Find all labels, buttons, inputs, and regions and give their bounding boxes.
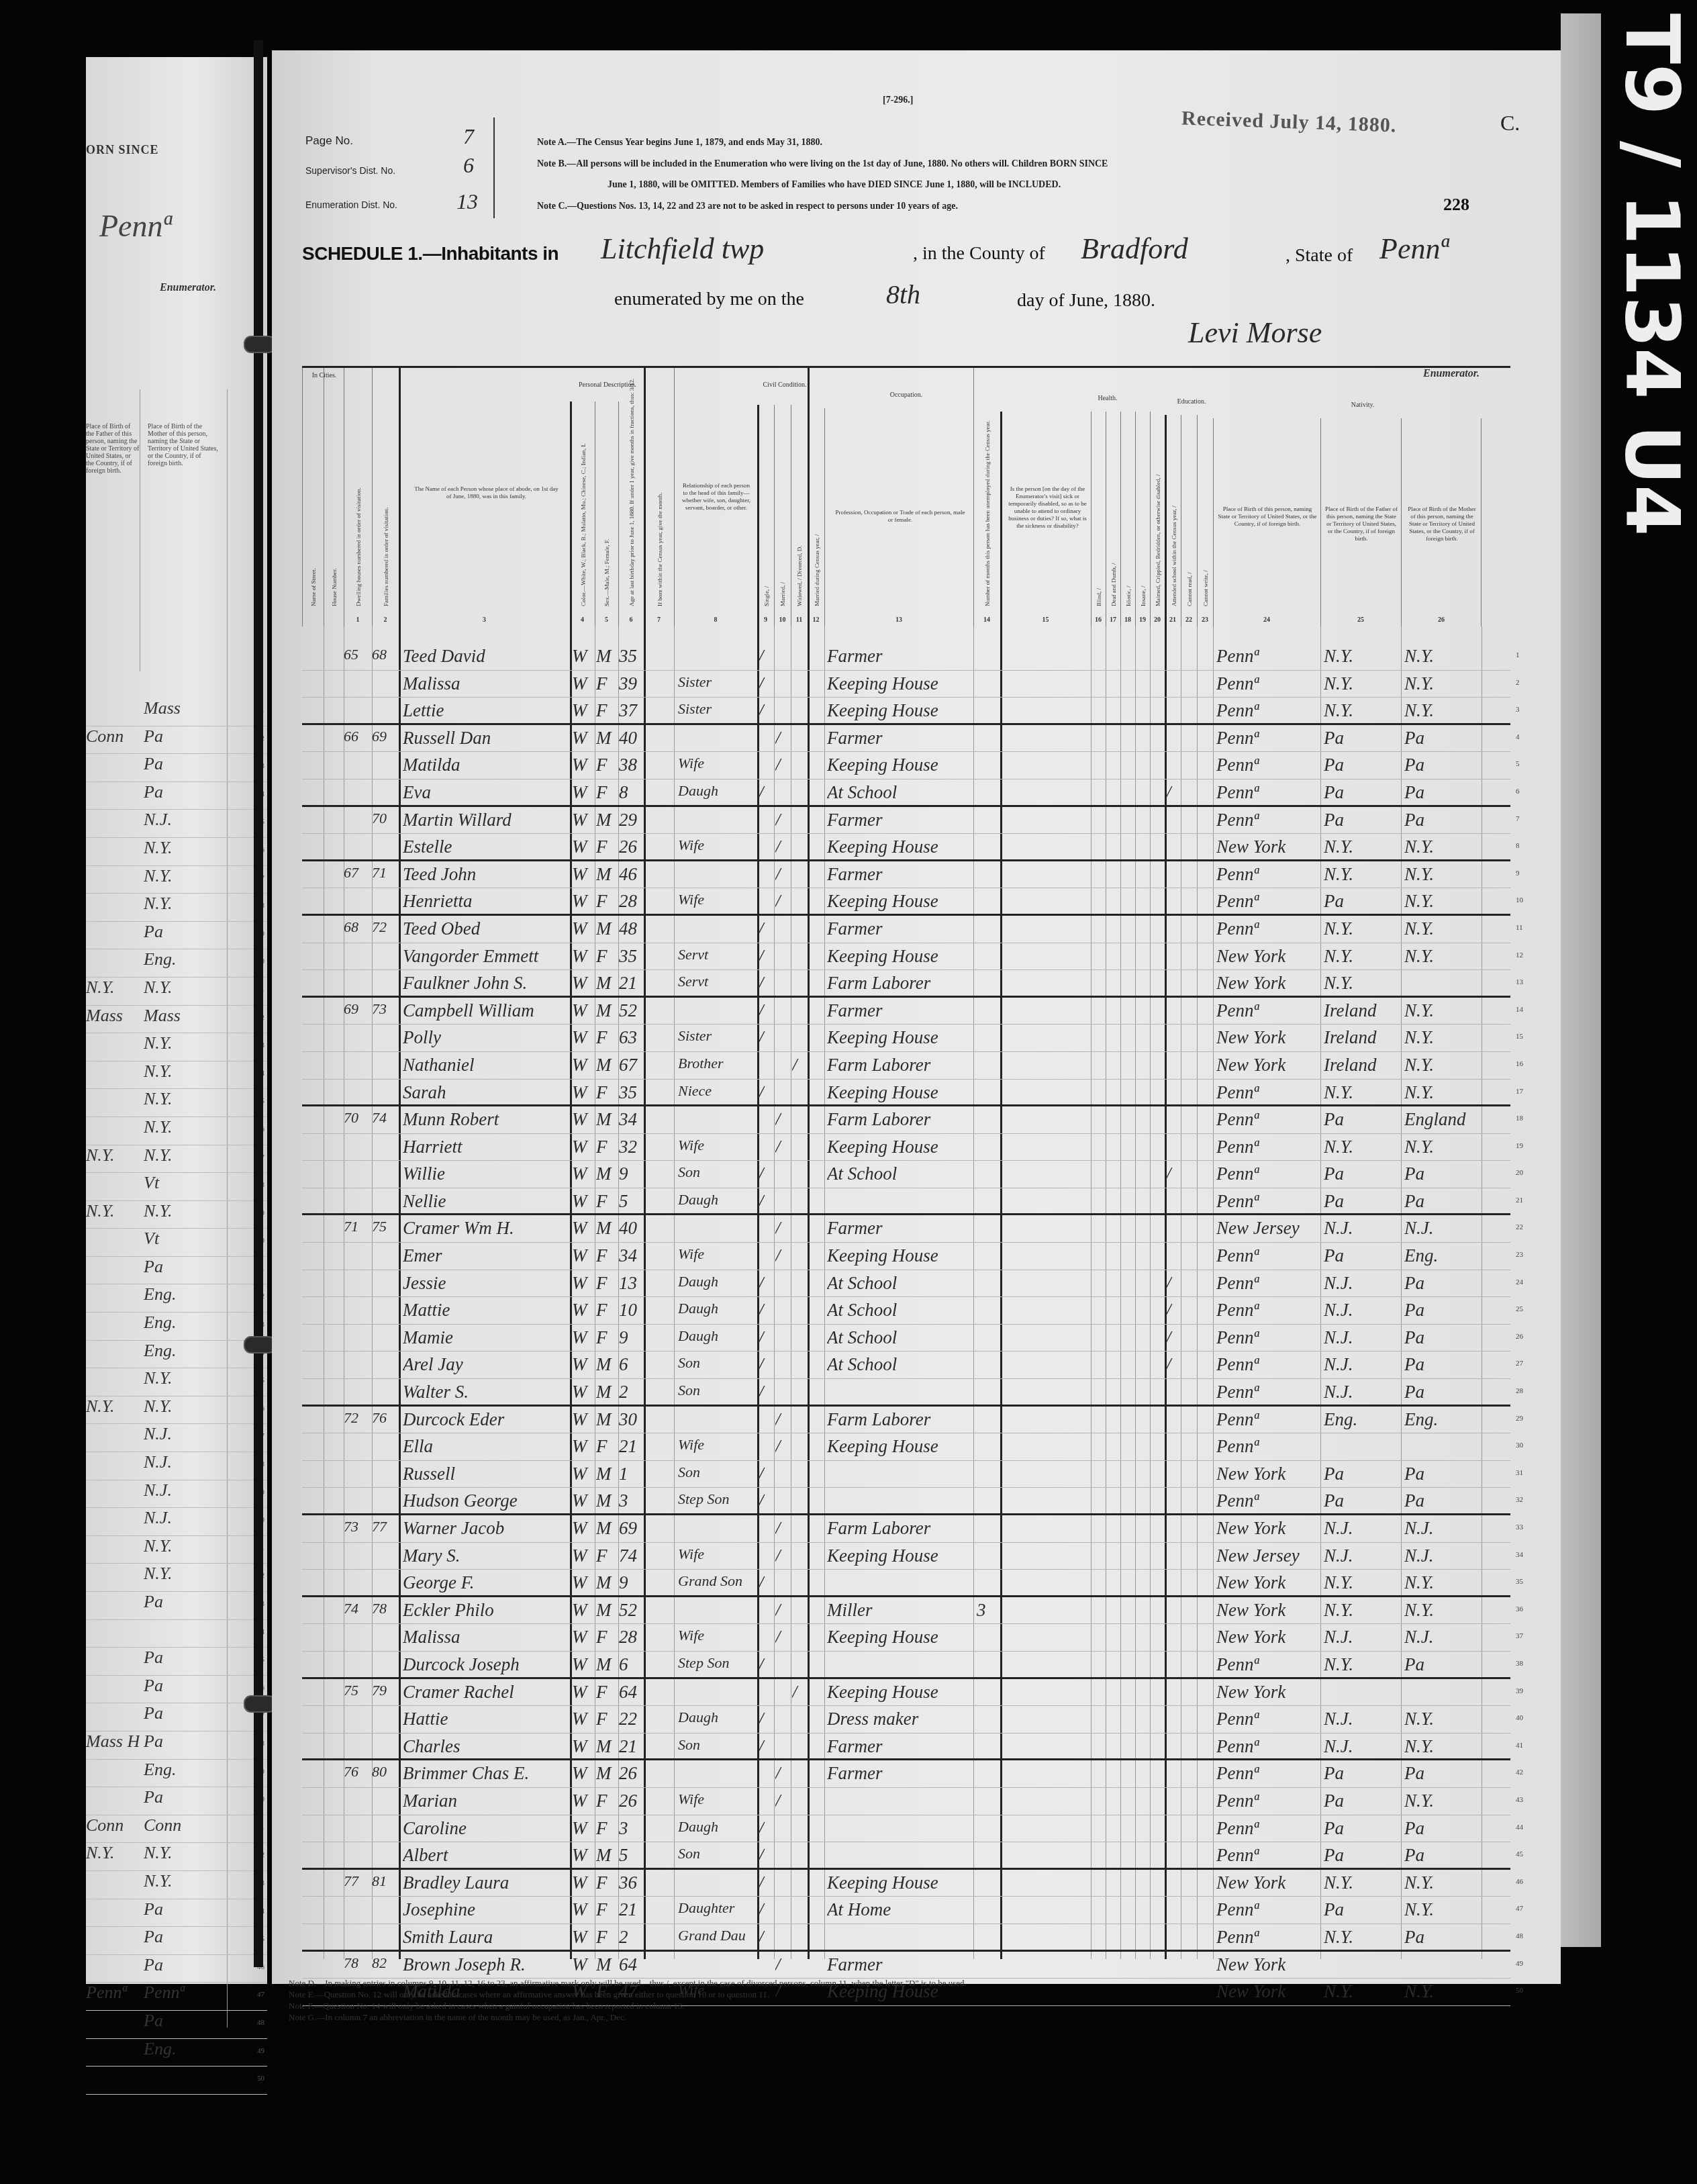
note-b-cont: June 1, 1880, will be OMITTED. Members o…	[608, 180, 1061, 191]
line-number: 25	[1516, 1305, 1523, 1313]
header-text: Dwelling houses numbered in order of vis…	[355, 487, 362, 606]
attended-school-cell: /	[1166, 1273, 1181, 1294]
person-name: Smith Laura	[403, 1927, 571, 1948]
occupation-cell: Keeping House	[827, 1082, 973, 1103]
birthplace-cell: Pennª	[1216, 1899, 1320, 1920]
mother-birthplace-cell: Pa	[1404, 1845, 1482, 1866]
table-row: WillieWM9SonAt School/PennªPaPa/20	[302, 1161, 1510, 1188]
left-mother-birthplace: Mass	[140, 698, 231, 726]
header-text: Attended school within the Census year, …	[1171, 506, 1177, 606]
meta-divider	[493, 117, 495, 218]
civil-condition-mark: /	[775, 1245, 790, 1266]
left-mother-birthplace: N.Y.	[140, 1201, 231, 1229]
occupation-cell: Farmer	[827, 1954, 973, 1975]
dwelling-number: 72	[344, 1409, 372, 1427]
left-page-row: Pa33	[86, 1592, 267, 1620]
age-cell: 26	[619, 1763, 644, 1784]
relationship-cell: Wife	[678, 1627, 757, 1644]
line-number: 18	[1516, 1114, 1523, 1123]
left-mother-birthplace: N.Y.	[140, 1033, 231, 1061]
column-number: 13	[824, 616, 973, 624]
person-name: Walter S.	[403, 1382, 571, 1403]
sex-cell: M	[596, 646, 618, 667]
relationship-cell: Sister	[678, 1027, 757, 1045]
left-page-row: Pa3	[86, 754, 267, 782]
enumeration-label: Enumeration Dist. No.	[305, 199, 397, 210]
column-number: 6	[618, 616, 644, 624]
left-mother-birthplace: Pa	[140, 726, 231, 754]
person-name: Albert	[403, 1845, 571, 1866]
line-number: 44	[1516, 1823, 1523, 1832]
left-mother-birthplace	[140, 1620, 231, 1648]
mother-birthplace-cell: N.J.	[1404, 1518, 1482, 1539]
father-birthplace-cell: N.Y.	[1324, 700, 1401, 721]
age-cell: 30	[619, 1409, 644, 1430]
header-text: Families numbered in order of visitation…	[383, 508, 389, 606]
mother-birthplace-cell: N.Y.	[1404, 1572, 1482, 1593]
line-number: 48	[1516, 1932, 1523, 1940]
left-mother-birthplace: N.Y.	[140, 866, 231, 894]
family-number: 78	[372, 1600, 399, 1617]
civil-condition-mark: /	[759, 918, 773, 939]
left-father-birthplace	[86, 2039, 140, 2067]
father-birthplace-cell: Pa	[1324, 1191, 1401, 1212]
color-cell: W	[572, 1245, 595, 1266]
civil-condition-mark: /	[759, 1464, 773, 1484]
age-cell: 35	[619, 946, 644, 967]
civil-condition-mark: /	[759, 1709, 773, 1729]
left-mother-birthplace: N.Y.	[140, 1368, 231, 1396]
left-mother-birthplace: N.J.	[140, 1480, 231, 1508]
father-birthplace-cell: Pa	[1324, 782, 1401, 803]
civil-condition-mark: /	[775, 1109, 790, 1130]
civil-condition-mark: /	[775, 1791, 790, 1811]
occupation-cell: Farmer	[827, 1763, 973, 1784]
left-father-birthplace	[86, 1033, 140, 1061]
mother-birthplace-cell: N.Y.	[1404, 1000, 1482, 1021]
relationship-cell: Step Son	[678, 1490, 757, 1508]
left-page-row: N.J.27	[86, 1424, 267, 1452]
sex-cell: F	[596, 673, 618, 694]
father-birthplace-cell: Pa	[1324, 1464, 1401, 1484]
column-number: 17	[1106, 616, 1120, 624]
father-birthplace-cell: N.Y.	[1324, 1654, 1401, 1675]
birthplace-cell: Pennª	[1216, 810, 1320, 830]
father-birthplace-cell: Pa	[1324, 1791, 1401, 1811]
column-number: 26	[1401, 616, 1482, 624]
birthplace-cell: New York	[1216, 1872, 1320, 1893]
civil-condition-mark: /	[759, 1818, 773, 1839]
line-number: 30	[1516, 1441, 1523, 1450]
occupation-cell: At School	[827, 1354, 973, 1375]
left-page-row: Pa46	[86, 1955, 267, 1983]
sex-cell: F	[596, 946, 618, 967]
father-birthplace-cell: Pa	[1324, 1109, 1401, 1130]
person-name: Teed Obed	[403, 918, 571, 939]
civil-condition-mark: /	[775, 728, 790, 749]
person-name: Lettie	[403, 700, 571, 721]
header-col15: Is the person [on the day of the Enumera…	[1000, 412, 1091, 626]
left-mother-birthplace: Mass	[140, 1006, 231, 1033]
sex-cell: M	[596, 1000, 618, 1021]
table-row: 7882Brown Joseph R.WM64FarmerNew York/49	[302, 1952, 1510, 1979]
age-cell: 9	[619, 1327, 644, 1348]
relationship-cell: Servt	[678, 973, 757, 990]
header-text: Married, /	[779, 582, 786, 606]
age-cell: 40	[619, 1218, 644, 1239]
color-cell: W	[572, 1464, 595, 1484]
family-number: 73	[372, 1000, 399, 1018]
left-mother-birthplace: Pa	[140, 2011, 231, 2038]
age-cell: 26	[619, 1791, 644, 1811]
dwelling-number: 67	[344, 864, 372, 882]
father-birthplace-cell: N.J.	[1324, 1736, 1401, 1757]
sex-cell: F	[596, 1300, 618, 1321]
left-father-birthplace: Mass	[86, 1006, 140, 1033]
sex-cell: F	[596, 1273, 618, 1294]
birthplace-cell: Pennª	[1216, 700, 1320, 721]
civil-condition-mark: /	[759, 782, 773, 803]
mother-birthplace-cell: Eng.	[1404, 1245, 1482, 1266]
note-b: Note B.—All persons will be included in …	[537, 159, 1108, 170]
age-cell: 64	[619, 1682, 644, 1703]
line-number: 42	[1516, 1768, 1523, 1776]
left-page-row: PennªPennª47	[86, 1983, 267, 2011]
header-text: Sex.—Male, M.; Female, F.	[603, 539, 610, 606]
left-father-birthplace	[86, 1368, 140, 1396]
table-row: HenriettaWF28WifeKeeping HousePennªPaN.Y…	[302, 888, 1510, 916]
sex-cell: F	[596, 700, 618, 721]
civil-condition-mark: /	[759, 1082, 773, 1103]
attended-school-cell: /	[1166, 1164, 1181, 1184]
relationship-cell: Daugh	[678, 782, 757, 800]
mother-birthplace-cell: N.Y.	[1404, 891, 1482, 912]
relationship-cell: Sister	[678, 673, 757, 691]
left-page-row: Eng.39	[86, 1760, 267, 1788]
person-name: Harriett	[403, 1137, 571, 1157]
relationship-cell: Niece	[678, 1082, 757, 1100]
dwelling-number: 70	[344, 1109, 372, 1127]
occupation-cell: Keeping House	[827, 755, 973, 775]
occupation-cell: Farmer	[827, 728, 973, 749]
birthplace-cell: Pennª	[1216, 1109, 1320, 1130]
occupation-cell: At Home	[827, 1899, 973, 1920]
mother-birthplace-cell: Eng.	[1404, 1409, 1482, 1430]
color-cell: W	[572, 1354, 595, 1375]
left-father-birthplace	[86, 1927, 140, 1954]
line-number: 4	[1516, 733, 1520, 741]
person-name: Russell Dan	[403, 728, 571, 749]
place-value: Litchfield twp	[601, 232, 764, 266]
line-number: 7	[1516, 815, 1520, 823]
sex-cell: F	[596, 891, 618, 912]
civil-condition-mark: /	[759, 1191, 773, 1212]
left-father-birthplace: Conn	[86, 1815, 140, 1843]
family-number: 74	[372, 1109, 399, 1127]
left-page-row: Mass H.Pa38	[86, 1731, 267, 1760]
person-name: Eckler Philo	[403, 1600, 571, 1621]
sex-cell: F	[596, 1682, 618, 1703]
father-birthplace-cell: N.J.	[1324, 1709, 1401, 1729]
header-text: Idiotic, /	[1125, 586, 1132, 607]
occupation-cell: At School	[827, 1273, 973, 1294]
left-mother-birthplace: N.J.	[140, 1508, 231, 1535]
table-row: Walter S.WM2SonPennªN.J.Pa/28	[302, 1379, 1510, 1407]
civil-condition-mark: /	[775, 1763, 790, 1784]
group-nativity: Nativity.	[1242, 401, 1484, 409]
line-number: 29	[1516, 1415, 1523, 1423]
supervisor-label: Supervisor's Dist. No.	[305, 165, 395, 176]
birthplace-cell: New York	[1216, 1027, 1320, 1048]
table-row: George F.WM9Grand SonNew YorkN.Y.N.Y./35	[302, 1570, 1510, 1597]
mother-birthplace-cell: Pa	[1404, 1191, 1482, 1212]
table-row: NellieWF5DaughPennªPaPa/21	[302, 1188, 1510, 1216]
left-page-row: Pa4	[86, 782, 267, 810]
father-birthplace-cell: Pa	[1324, 1818, 1401, 1839]
civil-condition-mark: /	[792, 1682, 807, 1703]
occupation-cell: Keeping House	[827, 1627, 973, 1648]
civil-condition-mark: /	[759, 1000, 773, 1021]
color-cell: W	[572, 1763, 595, 1784]
relationship-cell: Wife	[678, 1436, 757, 1454]
column-number: 20	[1150, 616, 1165, 624]
occupation-cell: Farm Laborer	[827, 1109, 973, 1130]
table-row: MatildaWF38WifeKeeping HousePennªPaPa/5	[302, 752, 1510, 779]
group-civil: Civil Condition.	[759, 381, 811, 389]
header-text: Widowed, / Divorced, D.	[796, 545, 803, 606]
months-unemployed-cell: 3	[977, 1600, 1000, 1621]
family-number: 68	[372, 646, 399, 663]
table-row: EmerWF34WifeKeeping HousePennªPaEng./23	[302, 1243, 1510, 1270]
person-name: Warner Jacob	[403, 1518, 571, 1539]
left-father-birthplace	[86, 1648, 140, 1675]
color-cell: W	[572, 891, 595, 912]
column-number: 4	[570, 616, 595, 624]
birthplace-cell: Pennª	[1216, 1845, 1320, 1866]
color-cell: W	[572, 810, 595, 830]
person-name: Bradley Laura	[403, 1872, 571, 1893]
birthplace-cell: New York	[1216, 1572, 1320, 1593]
relationship-cell: Son	[678, 1382, 757, 1399]
sex-cell: M	[596, 1354, 618, 1375]
person-name: Faulkner John S.	[403, 973, 571, 994]
birthplace-cell: New York	[1216, 1600, 1320, 1621]
family-number: 76	[372, 1409, 399, 1427]
birthplace-cell: Pennª	[1216, 1709, 1320, 1729]
header-col16: Blind, /	[1091, 412, 1106, 626]
left-mother-birthplace: Eng.	[140, 2039, 231, 2067]
left-page-row: N.Y.31	[86, 1536, 267, 1564]
color-cell: W	[572, 1164, 595, 1184]
table-row: 7074Munn RobertWM34Farm LaborerPennªPaEn…	[302, 1106, 1510, 1134]
page-no-label: Page No.	[305, 134, 353, 148]
person-name: Cramer Rachel	[403, 1682, 571, 1703]
note-d: Note D.—In making entries in columns 9, …	[289, 1977, 967, 1989]
sex-cell: M	[596, 1490, 618, 1511]
header-text: Maimed, Crippled, Bedridden, or otherwis…	[1155, 475, 1161, 606]
age-cell: 2	[619, 1382, 644, 1403]
person-name: Jessie	[403, 1273, 571, 1294]
color-cell: W	[572, 755, 595, 775]
age-cell: 28	[619, 1627, 644, 1648]
line-number: 22	[1516, 1223, 1523, 1231]
father-birthplace-cell: N.Y.	[1324, 1137, 1401, 1157]
color-cell: W	[572, 973, 595, 994]
color-cell: W	[572, 1791, 595, 1811]
left-mother-birthplace: Vt	[140, 1229, 231, 1256]
film-reel-label: T9 / 1134 U4	[1609, 13, 1695, 536]
line-number: 49	[1516, 1960, 1523, 1968]
relationship-cell: Daugh	[678, 1273, 757, 1290]
family-number: 71	[372, 864, 399, 882]
mother-birthplace-cell: Pa	[1404, 1300, 1482, 1321]
mother-birthplace-cell: Pa	[1404, 1490, 1482, 1511]
left-page-row: N.Y.16	[86, 1117, 267, 1145]
family-number: 75	[372, 1218, 399, 1235]
occupation-cell: Farmer	[827, 864, 973, 885]
enumeration-value: 13	[456, 189, 478, 214]
left-page-row: N.J.29	[86, 1480, 267, 1509]
column-number: 22	[1181, 616, 1197, 624]
person-name: Mamie	[403, 1327, 571, 1348]
father-birthplace-cell: Pa	[1324, 755, 1401, 775]
person-name: Emer	[403, 1245, 571, 1266]
mother-birthplace-cell: Pa	[1404, 755, 1482, 775]
note-e: Note E.—Question No. 12 will only be ask…	[289, 1989, 967, 2000]
father-birthplace-cell: N.J.	[1324, 1627, 1401, 1648]
sex-cell: F	[596, 1436, 618, 1457]
civil-condition-mark: /	[759, 1164, 773, 1184]
county-label: , in the County of	[913, 243, 1045, 265]
table-row: Smith LauraWF2Grand DauPennªN.Y.Pa/48	[302, 1924, 1510, 1952]
age-cell: 40	[619, 728, 644, 749]
father-birthplace-cell: N.J.	[1324, 1546, 1401, 1566]
left-mother-birthplace: Pa	[140, 754, 231, 781]
column-number: 16	[1091, 616, 1106, 624]
left-page-row: Vt20	[86, 1229, 267, 1257]
color-cell: W	[572, 1927, 595, 1948]
header-col6: Age at last birthday prior to June 1, 18…	[618, 401, 644, 626]
birthplace-cell: New York	[1216, 1981, 1320, 2002]
sex-cell: M	[596, 1572, 618, 1593]
line-number: 20	[1516, 1169, 1523, 1177]
civil-condition-mark: /	[759, 946, 773, 967]
line-number: 14	[1516, 1006, 1523, 1014]
line-number: 40	[1516, 1714, 1523, 1722]
sex-cell: M	[596, 1518, 618, 1539]
mother-birthplace-cell: Pa	[1404, 1273, 1482, 1294]
left-mother-birthplace: Eng.	[140, 1760, 231, 1787]
occupation-cell: Miller	[827, 1600, 973, 1621]
left-page-row: Pa40	[86, 1787, 267, 1815]
left-father-birthplace	[86, 894, 140, 921]
mother-birthplace-cell: N.Y.	[1404, 837, 1482, 857]
enumerator-signature: Levi Morse	[1188, 316, 1322, 350]
sex-cell: M	[596, 1736, 618, 1757]
color-cell: W	[572, 1572, 595, 1593]
civil-condition-mark: /	[759, 1300, 773, 1321]
left-page-row: N.Y.N.Y.42	[86, 1843, 267, 1871]
attended-school-cell: /	[1166, 1300, 1181, 1321]
sex-cell: F	[596, 1627, 618, 1648]
color-cell: W	[572, 1627, 595, 1648]
line-number: 38	[1516, 1660, 1523, 1668]
table-row: 7680Brimmer Chas E.WM26FarmerPennªPaPa/4…	[302, 1760, 1510, 1788]
header-text: Name of Street.	[310, 568, 317, 606]
left-page-row: N.Y.25	[86, 1368, 267, 1396]
line-number: 36	[1516, 1605, 1523, 1613]
age-cell: 48	[619, 918, 644, 939]
color-cell: W	[572, 1600, 595, 1621]
relationship-cell: Son	[678, 1354, 757, 1372]
table-row: Arel JayWM6SonAt School/PennªN.J.Pa/27	[302, 1351, 1510, 1379]
sex-cell: M	[596, 810, 618, 830]
left-page-row: Eng.49	[86, 2039, 267, 2067]
color-cell: W	[572, 1082, 595, 1103]
left-father-birthplace: N.Y.	[86, 1201, 140, 1229]
mother-birthplace-cell: N.Y.	[1404, 1872, 1482, 1893]
person-name: Munn Robert	[403, 1109, 571, 1130]
occupation-cell: Farm Laborer	[827, 1055, 973, 1076]
sex-cell: F	[596, 1327, 618, 1348]
color-cell: W	[572, 1546, 595, 1566]
left-page-row: N.Y.N.Y.19	[86, 1201, 267, 1229]
mother-birthplace-cell: N.Y.	[1404, 1027, 1482, 1048]
table-row: 7377Warner JacobWM69Farm LaborerNew York…	[302, 1515, 1510, 1543]
age-cell: 46	[619, 864, 644, 885]
column-number: 24	[1213, 616, 1320, 624]
age-cell: 21	[619, 1436, 644, 1457]
census-table: In Cities. Name of Street. House Number.…	[302, 366, 1510, 1959]
dwelling-number: 74	[344, 1600, 372, 1617]
person-name: Nathaniel	[403, 1055, 571, 1076]
sex-cell: F	[596, 1546, 618, 1566]
relationship-cell: Wife	[678, 755, 757, 772]
age-cell: 52	[619, 1600, 644, 1621]
sex-cell: F	[596, 1191, 618, 1212]
header-street: Name of Street.	[302, 368, 324, 626]
mother-birthplace-cell: Pa	[1404, 728, 1482, 749]
person-name: Arel Jay	[403, 1354, 571, 1375]
family-number: 72	[372, 918, 399, 936]
civil-condition-mark: /	[759, 1654, 773, 1675]
line-number: 39	[1516, 1687, 1523, 1695]
father-birthplace-cell: N.Y.	[1324, 864, 1401, 885]
father-birthplace-cell: N.Y.	[1324, 1082, 1401, 1103]
color-cell: W	[572, 1709, 595, 1729]
occupation-cell: Keeping House	[827, 1137, 973, 1157]
civil-condition-mark: /	[775, 1518, 790, 1539]
sex-cell: F	[596, 1245, 618, 1266]
age-cell: 10	[619, 1300, 644, 1321]
left-father-birthplace	[86, 1257, 140, 1284]
birthplace-cell: Pennª	[1216, 1654, 1320, 1675]
age-cell: 64	[619, 1954, 644, 1975]
left-father-birthplace	[86, 1117, 140, 1145]
birthplace-cell: Pennª	[1216, 864, 1320, 885]
birthplace-cell: New Jersey	[1216, 1218, 1320, 1239]
civil-condition-mark: /	[759, 673, 773, 694]
father-birthplace-cell: N.Y.	[1324, 946, 1401, 967]
civil-condition-mark: /	[775, 837, 790, 857]
left-page-row: MassMass12	[86, 1006, 267, 1034]
header-text: Cannot write, /	[1202, 570, 1209, 606]
table-row: HarriettWF32WifeKeeping HousePennªN.Y.N.…	[302, 1134, 1510, 1161]
person-name: Martin Willard	[403, 810, 571, 830]
person-name: Estelle	[403, 837, 571, 857]
birthplace-cell: Pennª	[1216, 1763, 1320, 1784]
column-number: 12	[808, 616, 824, 624]
